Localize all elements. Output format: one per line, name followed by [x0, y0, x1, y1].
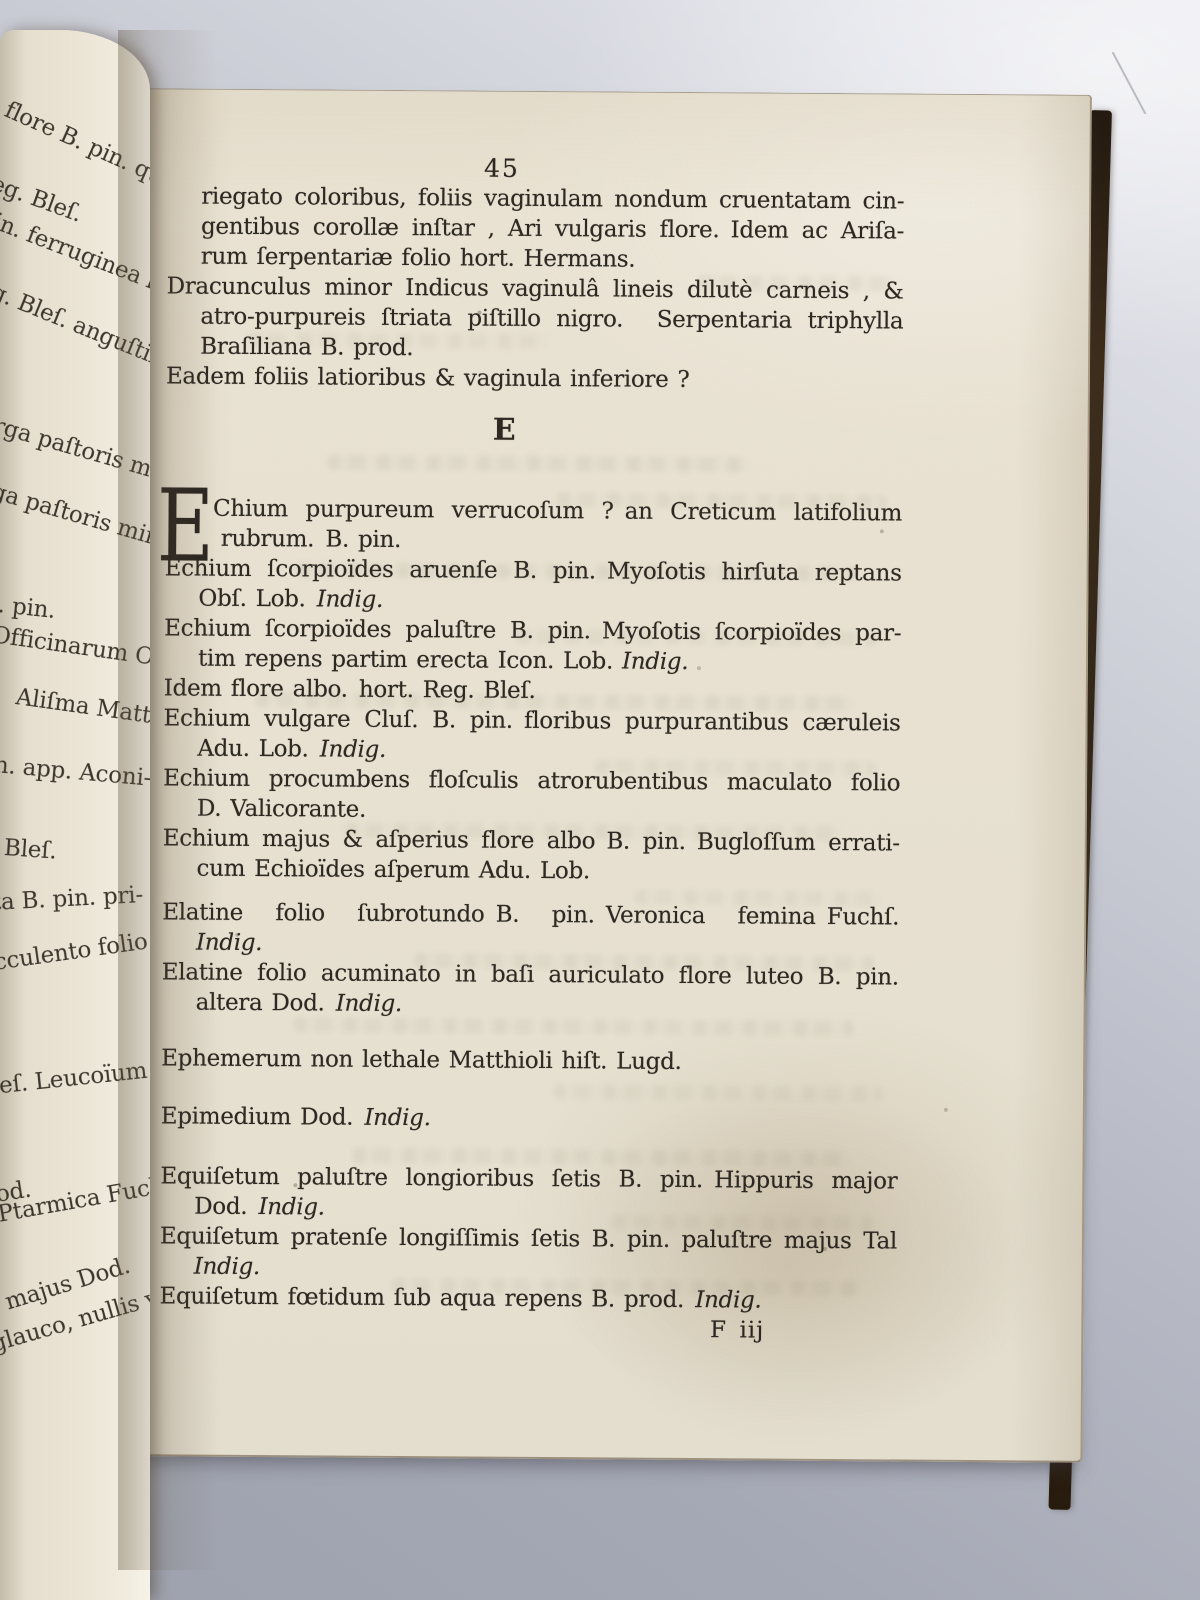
lines-main: E Chium purpureum verrucoſum ? an Cretic…	[159, 493, 902, 1316]
text-column: 45 riegato coloribus, foliis vaginulam n…	[159, 89, 905, 1346]
left-page-text-fragment: n. app. Aconi-	[0, 752, 150, 792]
text-line: Equiſetum pratenſe longiſſimis ſetis B. …	[160, 1221, 897, 1256]
text-segment: tim repens partim erecta Icon. Lob.	[198, 646, 622, 675]
drop-cap-E: E	[157, 485, 214, 567]
text-segment: Echium procumbens floſculis atrorubentib…	[163, 765, 900, 796]
page-number: 45	[133, 151, 870, 186]
book-page-right: 45 riegato coloribus, foliis vaginulam n…	[105, 88, 1092, 1463]
text-segment: Equiſetum paluſtre longioribus ſetis B. …	[160, 1163, 897, 1194]
text-line: Equiſetum fœtidum ſub aqua repens B. pro…	[159, 1281, 896, 1316]
text-segment: Equiſetum pratenſe longiſſimis ſetis B. …	[160, 1223, 897, 1254]
text-segment-italic: Indig.	[364, 1105, 430, 1131]
text-line: Eadem foliis latioribus & vaginula infer…	[166, 361, 903, 396]
text-segment: Epimedium Dod.	[161, 1103, 365, 1130]
left-page-text-fragment: . pin.	[0, 592, 57, 624]
text-segment-italic: Indig.	[695, 1287, 761, 1313]
left-page-text-fragment: Aliſma Matth.	[14, 684, 150, 732]
text-segment: D. Valicorante.	[197, 796, 366, 823]
left-page-text-fragment: cculento folio	[0, 929, 149, 976]
text-segment: Elatine folio acuminato in baſi auricula…	[162, 959, 899, 990]
text-segment: Chium purpureum verrucoſum ? an Creticum…	[213, 496, 902, 527]
text-segment: Equiſetum fœtidum ſub aqua repens B. pro…	[159, 1283, 695, 1313]
text-line: cum Echioïdes aſperum Adu. Lob.	[162, 853, 899, 888]
book-page-left-edge: flore B. pin. queg. Bleſ.in. ferruginea …	[0, 30, 150, 1600]
text-segment: gentibus corollæ inſtar , Ari vulgaris f…	[201, 214, 904, 245]
text-line: Epimedium Dod. Indig.	[161, 1101, 898, 1136]
text-segment: Eadem foliis latioribus & vaginula infer…	[166, 363, 690, 393]
text-segment: Ephemerum non lethale Matthioli hiſt. Lu…	[161, 1045, 682, 1075]
left-page-text-fragment: ga paſtoris min	[0, 479, 150, 552]
text-segment: atro-purpureis ſtriata piſtillo nigro. S…	[200, 304, 903, 335]
text-segment: Echium majus & aſperius flore albo B. pi…	[163, 825, 900, 856]
text-segment-italic: Indig.	[194, 1254, 260, 1280]
text-segment: cum Echioïdes aſperum Adu. Lob.	[196, 856, 590, 885]
section-heading: E	[135, 407, 872, 454]
book-photo: 45 riegato coloribus, foliis vaginulam n…	[0, 0, 1200, 1600]
text-segment: Echium ſcorpioïdes paluſtre B. pin. Myoſ…	[164, 615, 901, 646]
text-segment: Obſ. Lob.	[198, 586, 317, 613]
text-segment-italic: Indig.	[317, 586, 383, 612]
text-line: Ephemerum non lethale Matthioli hiſt. Lu…	[161, 1043, 898, 1078]
text-segment: Echium vulgare Cluſ. B. pin. floribus pu…	[164, 705, 901, 736]
text-segment: Echium ſcorpioïdes aruenſe B. pin. Myoſo…	[165, 555, 902, 586]
text-segment-italic: Indig.	[258, 1194, 324, 1220]
left-page-text-fragment: Bleſ.	[3, 835, 57, 865]
text-segment: Idem flore albo. hort. Reg. Bleſ.	[164, 675, 536, 704]
text-segment: Elatine folio ſubrotundo B. pin. Veronic…	[162, 899, 899, 930]
text-segment: rubrum. B. pin.	[221, 526, 401, 553]
background-scratch	[1112, 52, 1147, 115]
left-page-text-fragment: ta B. pin. pri-	[0, 882, 144, 916]
left-page-text-fragment: rga paſtoris ma	[0, 413, 150, 487]
text-segment-italic: Indig.	[196, 930, 262, 956]
lines-top: riegato coloribus, foliis vaginulam nond…	[166, 181, 904, 396]
text-segment: rum ſerpentariæ folio hort. Hermans.	[201, 244, 636, 273]
text-segment: Braſiliana B. prod.	[200, 334, 413, 361]
left-page-text-fragment: flore B. pin. qu	[1, 97, 150, 190]
text-segment: Dracunculus minor Indicus vaginulâ linei…	[167, 273, 904, 304]
text-segment: riegato coloribus, foliis vaginulam nond…	[201, 184, 904, 215]
signature-mark: F iij	[159, 1311, 896, 1346]
text-segment-italic: Indig.	[320, 736, 386, 762]
text-segment: Adu. Lob.	[197, 736, 320, 763]
text-segment: altera Dod.	[196, 990, 336, 1017]
left-page-text-fragment: g. Bleſ. anguſtifo	[0, 279, 150, 375]
text-line: Elatine folio ſubrotundo B. pin. Veronic…	[162, 897, 899, 932]
text-segment-italic: Indig.	[336, 991, 402, 1017]
text-line: altera Dod. Indig.	[162, 987, 899, 1022]
left-page-text-fragment: leſ. Leucoïum	[0, 1058, 148, 1100]
text-segment: Dod.	[194, 1194, 259, 1220]
text-segment-italic: Indig.	[622, 649, 688, 675]
left-page-text-fragment: Officinarum Obſ	[0, 622, 150, 674]
